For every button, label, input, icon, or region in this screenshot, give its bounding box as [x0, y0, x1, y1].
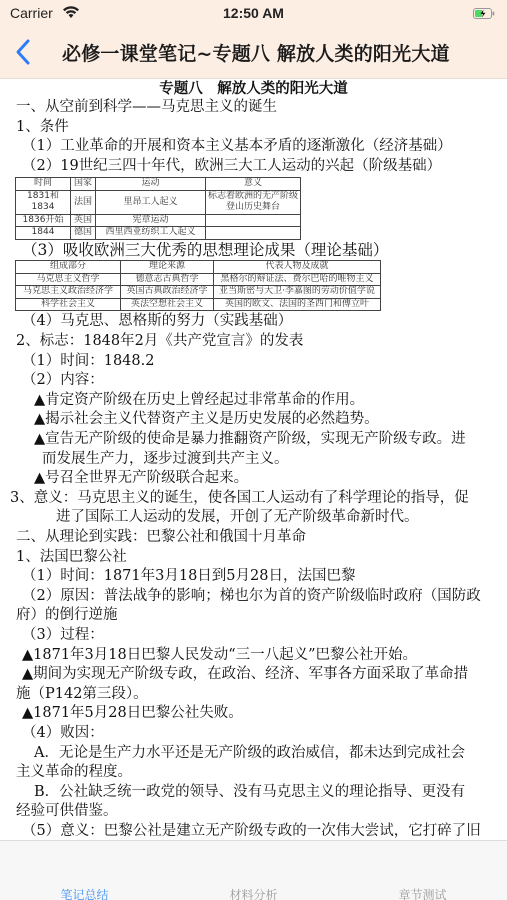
table-header-row: 组成部分 理论来源 代表人物及成就 [16, 261, 381, 274]
text-line: （2）原因：普法战争的影响；梯也尔为首的资产阶级临时政府（国防政 [0, 587, 507, 607]
table-cell: 英国 [71, 214, 96, 227]
text-line: （4）马克思、恩格斯的努力（实践基础） [0, 312, 507, 332]
table-row: 马克思主义哲学 德意志古典哲学 黑格尔的辩证法、费尔巴哈的唯物主义 [16, 273, 381, 286]
subsection-heading: 1、法国巴黎公社 [0, 548, 507, 568]
bullet-line: ▲肯定资产阶级在历史上曾经起过非常革命的作用。 [0, 391, 507, 411]
table-cell [206, 214, 301, 227]
table-cell: 标志着欧洲的无产阶级登山历史舞台 [206, 190, 301, 214]
text-line: 而发展生产力，逐步过渡到共产主义。 [0, 450, 507, 470]
table-cell: 英国古典政治经济学 [121, 286, 214, 299]
text-line: A．无论是生产力水平还是无产阶级的政治威信，都未达到完成社会 [0, 744, 507, 764]
labor-movements-table: 时间 国家 运动 意义 1831和1834 法国 里昂工人起义 标志着欧洲的无产… [15, 177, 301, 240]
text-line: （3）过程： [0, 626, 507, 646]
table-header: 时间 [16, 178, 71, 191]
table-cell [206, 227, 301, 240]
table-header: 理论来源 [121, 261, 214, 274]
table-cell: 英法空想社会主义 [121, 298, 214, 311]
text-line: 进了国际工人运动的发展，开创了无产阶级革命新时代。 [0, 508, 507, 528]
status-bar: Carrier 12:50 AM [0, 0, 507, 26]
doc-title: 专题八 解放人类的阳光大道 [0, 79, 507, 98]
table-cell: 宪章运动 [96, 214, 206, 227]
table-cell: 亚当斯密与大卫·李嘉图的劳动价值学说 [214, 286, 381, 299]
clock: 12:50 AM [0, 5, 507, 21]
subsection-heading: 1、条件 [0, 118, 507, 138]
table-cell: 1836开始 [16, 214, 71, 227]
navigation-bar: 必修一课堂笔记~专题八 解放人类的阳光大道 [0, 26, 507, 79]
battery-charging-icon [473, 8, 495, 19]
text-line: （1）时间：1871年3月18日到5月28日，法国巴黎 [0, 567, 507, 587]
table-cell: 里昂工人起义 [96, 190, 206, 214]
marxism-sources-table: 组成部分 理论来源 代表人物及成就 马克思主义哲学 德意志古典哲学 黑格尔的辩证… [15, 260, 381, 311]
table-cell: 科学社会主义 [16, 298, 121, 311]
tab-material-analysis[interactable]: 材料分析 [169, 886, 338, 900]
tab-chapter-test[interactable]: 章节测试 [338, 886, 507, 900]
document: 专题八 解放人类的阳光大道 一、从空前到科学——马克思主义的诞生 1、条件 （1… [0, 79, 507, 840]
table-cell: 德意志古典哲学 [121, 273, 214, 286]
table-cell: 马克思主义哲学 [16, 273, 121, 286]
table-row: 1844 德国 西里西亚纺织工人起义 [16, 227, 301, 240]
table-header-row: 时间 国家 运动 意义 [16, 178, 301, 191]
notes-content[interactable]: 专题八 解放人类的阳光大道 一、从空前到科学——马克思主义的诞生 1、条件 （1… [0, 79, 507, 840]
table-header: 运动 [96, 178, 206, 191]
page-title: 必修一课堂笔记~专题八 解放人类的阳光大道 [62, 39, 450, 66]
text-line: （5）意义：巴黎公社是建立无产阶级专政的一次伟大尝试，它打碎了旧 [0, 822, 507, 840]
subsection-heading: 2、标志：1848年2月《共产党宣言》的发表 [0, 332, 507, 352]
table-cell: 法国 [71, 190, 96, 214]
bullet-line: ▲1871年5月28日巴黎公社失败。 [0, 704, 507, 724]
back-chevron-icon[interactable] [12, 38, 36, 66]
bullet-line: ▲号召全世界无产阶级联合起来。 [0, 469, 507, 489]
table-cell: 黑格尔的辩证法、费尔巴哈的唯物主义 [214, 273, 381, 286]
bullet-line: ▲期间为实现无产阶级专政，在政治、经济、军事各方面采取了革命措 [0, 665, 507, 685]
text-line: 府）的倒行逆施 [0, 606, 507, 626]
table-cell: 英国的欧文、法国的圣西门和傅立叶 [214, 298, 381, 311]
table-header: 代表人物及成就 [214, 261, 381, 274]
table-header: 组成部分 [16, 261, 121, 274]
text-line: 主义革命的程度。 [0, 763, 507, 783]
table-row: 1831和1834 法国 里昂工人起义 标志着欧洲的无产阶级登山历史舞台 [16, 190, 301, 214]
tab-bar: 笔记总结 材料分析 章节测试 [0, 840, 507, 900]
table-cell: 马克思主义政治经济学 [16, 286, 121, 299]
text-line: （3）吸收欧洲三大优秀的思想理论成果（理论基础） [0, 241, 507, 261]
text-line: （4）败因： [0, 724, 507, 744]
text-line: （1）时间：1848.2 [0, 352, 507, 372]
text-line: 施（P142第三段）。 [0, 685, 507, 705]
section-heading: 二、从理论到实践：巴黎公社和俄国十月革命 [0, 528, 507, 548]
section-heading: 一、从空前到科学——马克思主义的诞生 [0, 98, 507, 118]
bullet-line: ▲宣告无产阶级的使命是暴力推翻资产阶级，实现无产阶级专政。进 [0, 430, 507, 450]
tab-notes-summary[interactable]: 笔记总结 [0, 886, 169, 900]
table-header: 意义 [206, 178, 301, 191]
text-line: 经验可供借鉴。 [0, 802, 507, 822]
text-line: （2）19世纪三四十年代，欧洲三大工人运动的兴起（阶级基础） [0, 157, 507, 177]
table-cell: 西里西亚纺织工人起义 [96, 227, 206, 240]
table-header: 国家 [71, 178, 96, 191]
table-cell: 德国 [71, 227, 96, 240]
text-line: （2）内容： [0, 371, 507, 391]
table-row: 科学社会主义 英法空想社会主义 英国的欧文、法国的圣西门和傅立叶 [16, 298, 381, 311]
text-line: 3、意义：马克思主义的诞生，使各国工人运动有了科学理论的指导，促 [0, 489, 507, 509]
table-row: 马克思主义政治经济学 英国古典政治经济学 亚当斯密与大卫·李嘉图的劳动价值学说 [16, 286, 381, 299]
text-line: （1）工业革命的开展和资本主义基本矛盾的逐渐激化（经济基础） [0, 137, 507, 157]
table-cell: 1831和1834 [16, 190, 71, 214]
text-line: B．公社缺乏统一政党的领导、没有马克思主义的理论指导、更没有 [0, 783, 507, 803]
table-row: 1836开始 英国 宪章运动 [16, 214, 301, 227]
bullet-line: ▲1871年3月18日巴黎人民发动“三一八起义”巴黎公社开始。 [0, 646, 507, 666]
table-cell: 1844 [16, 227, 71, 240]
bullet-line: ▲揭示社会主义代替资产主义是历史发展的必然趋势。 [0, 410, 507, 430]
